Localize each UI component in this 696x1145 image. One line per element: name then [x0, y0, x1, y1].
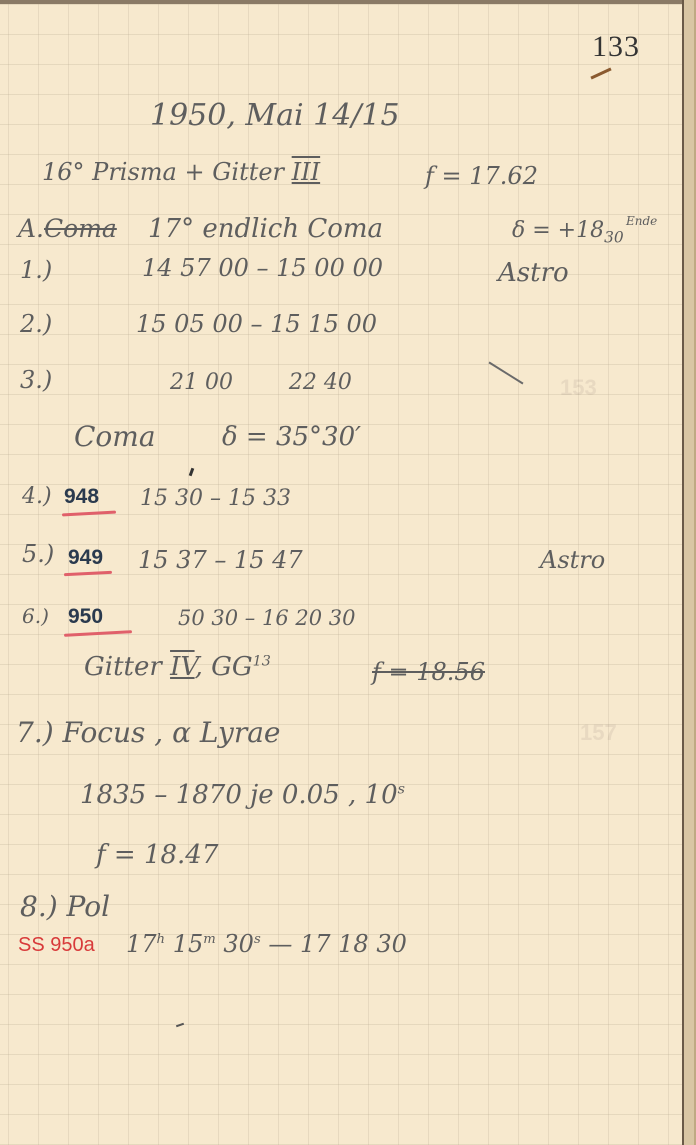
- setup-focus: f = 17.62: [425, 162, 538, 190]
- filter-label: GG: [211, 652, 253, 682]
- margin-note-ende: Ende: [626, 214, 657, 228]
- filter-number: 13: [253, 653, 271, 669]
- page-number-tick: [590, 67, 611, 79]
- notebook-page: 153 157 133 1950, Mai 14/15 16° Prisma +…: [0, 0, 696, 1145]
- red-underline: [64, 630, 132, 637]
- entry-time: 21 00 22 40: [170, 370, 352, 395]
- entry-time: 14 57 00 – 15 00 00: [142, 254, 383, 282]
- setup-text: 16° Prisma + Gitter: [42, 158, 284, 186]
- pencil-stroke: [489, 362, 524, 385]
- pol-time: 17h 15m 30s — 17 18 30: [126, 930, 407, 958]
- bleed-through-mark: 157: [580, 720, 617, 746]
- entry-number: 5.): [22, 540, 54, 568]
- section-a-declination: δ = +1830: [512, 218, 624, 246]
- section-a-label: A.Coma: [18, 214, 117, 243]
- focus-result: f = 18.47: [96, 840, 218, 870]
- date-heading: 1950, Mai 14/15: [150, 98, 400, 133]
- notebook-spine: [682, 0, 696, 1145]
- entry-number: 6.): [22, 604, 49, 628]
- entry-number: 4.): [22, 484, 52, 509]
- plate-number: 950: [68, 605, 103, 629]
- coma-declination: δ = 35°30′: [222, 422, 361, 452]
- section-a-prefix: A.: [18, 214, 44, 243]
- red-underline: [64, 571, 112, 577]
- entry-number: 1.): [20, 256, 52, 284]
- grating-line: Gitter IV, GG13: [84, 652, 271, 682]
- setup-line: 16° Prisma + Gitter III: [42, 158, 320, 186]
- entry-time: 15 37 – 15 47: [138, 546, 303, 574]
- section-a-struck: Coma: [44, 214, 117, 243]
- coma-label: Coma: [74, 420, 156, 453]
- red-underline: [62, 511, 116, 517]
- plate-number: 949: [68, 546, 103, 570]
- section-a-title: 17° endlich Coma: [148, 214, 383, 244]
- pencil-dot: [189, 468, 195, 477]
- page-number: 133: [592, 30, 640, 64]
- bleed-through-mark: 153: [560, 375, 597, 401]
- entry-number: 3.): [20, 366, 52, 394]
- page-top-edge: [0, 0, 696, 4]
- pencil-dot: [176, 1023, 184, 1028]
- pol-section-title: 8.) Pol: [20, 890, 110, 923]
- focus-range: 1835 – 1870 je 0.05 , 10s: [80, 780, 405, 810]
- entry-time: 15 05 00 – 15 15 00: [136, 310, 377, 338]
- entry-time: 50 30 – 16 20 30: [178, 606, 356, 630]
- entry-note: Astro: [540, 546, 605, 574]
- pol-plate-number: SS 950a: [18, 934, 95, 957]
- entry-time: 15 30 – 15 33: [140, 486, 291, 511]
- plate-number: 948: [64, 485, 99, 509]
- entry-note: Astro: [498, 258, 569, 288]
- entry-number: 2.): [20, 310, 52, 338]
- grating-number: IV: [170, 652, 195, 682]
- struck-focus: f = 18.56: [372, 658, 485, 686]
- grating-number: III: [292, 158, 320, 186]
- focus-section-title: 7.) Focus , α Lyrae: [16, 716, 280, 749]
